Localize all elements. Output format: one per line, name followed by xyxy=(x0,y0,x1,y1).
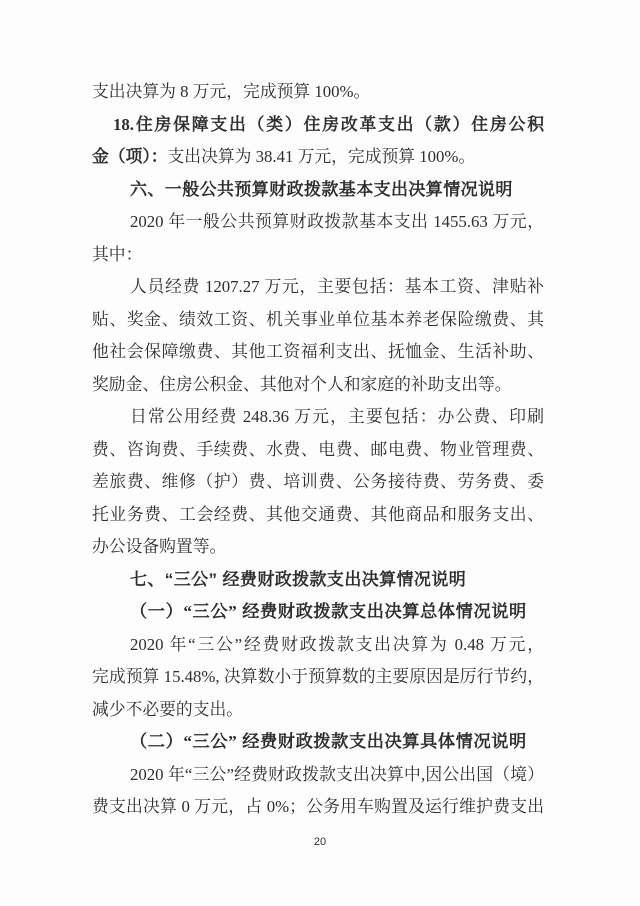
text-segment: （二）“三公” 经费财政拨款支出决算具体情况说明 xyxy=(130,732,527,751)
line-basic-expense-1: 2020 年一般公共预算财政拨款基本支出 1455.63 万元， xyxy=(92,206,544,239)
text-segment: 完成预算 15.48%, 决算数小于预算数的主要原因是厉行节约， xyxy=(92,667,544,686)
line-personnel-funds-4: 奖励金、住房公积金、其他对个人和家庭的补助支出等。 xyxy=(92,369,544,402)
line-daily-public-funds-5: 办公设备购置等。 xyxy=(92,531,544,564)
text-segment: 减少不必要的支出。 xyxy=(92,700,243,719)
heading-section-7-2: （二）“三公” 经费财政拨款支出决算具体情况说明 xyxy=(92,726,544,759)
text-segment: 办公设备购置等。 xyxy=(92,537,226,556)
line-prev-para-continuation: 支出决算为 8 万元，完成预算 100%。 xyxy=(92,76,544,109)
line-daily-public-funds-2: 费、咨询费、手续费、水费、电费、邮电费、物业管理费、 xyxy=(92,434,544,467)
text-segment: 2020 年一般公共预算财政拨款基本支出 1455.63 万元， xyxy=(130,212,544,231)
text-segment: 六、一般公共预算财政拨款基本支出决算情况说明 xyxy=(130,180,513,199)
text-segment: 托业务费、工会经费、其他交通费、其他商品和服务支出、 xyxy=(92,505,544,524)
text-segment: 金（项）： xyxy=(92,147,168,166)
text-segment: （一）“三公” 经费财政拨款支出决算总体情况说明 xyxy=(130,602,527,621)
text-segment: 费支出决算 0 万元，占 0%；公务用车购置及运行维护费支出 xyxy=(92,797,544,816)
line-basic-expense-2: 其中： xyxy=(92,239,544,272)
text-segment: 日常公用经费 248.36 万元，主要包括：办公费、印刷 xyxy=(130,407,544,426)
text-segment: 2020 年“三公”经费财政拨款支出决算中,因公出国（境） xyxy=(130,765,544,784)
line-sangong-detail-2: 费支出决算 0 万元，占 0%；公务用车购置及运行维护费支出 xyxy=(92,791,544,824)
text-segment: 人员经费 1207.27 万元，主要包括：基本工资、津贴补 xyxy=(130,277,544,296)
text-segment: 奖励金、住房公积金、其他对个人和家庭的补助支出等。 xyxy=(92,375,512,394)
text-segment: 贴、奖金、绩效工资、机关事业单位基本养老保险缴费、其 xyxy=(92,310,544,329)
line-sangong-overall-2: 完成预算 15.48%, 决算数小于预算数的主要原因是厉行节约， xyxy=(92,661,544,694)
line-sangong-detail-1: 2020 年“三公”经费财政拨款支出决算中,因公出国（境） xyxy=(92,759,544,792)
line-item18-end: 金（项）：支出决算为 38.41 万元，完成预算 100%。 xyxy=(92,141,544,174)
line-sangong-overall-1: 2020 年“三公”经费财政拨款支出决算为 0.48 万元， xyxy=(92,629,544,662)
text-segment: 支出决算为 38.41 万元，完成预算 100%。 xyxy=(168,147,476,166)
line-personnel-funds-3: 他社会保障缴费、其他工资福利支出、抚恤金、生活补助、 xyxy=(92,336,544,369)
heading-section-7-1: （一）“三公” 经费财政拨款支出决算总体情况说明 xyxy=(92,596,544,629)
heading-section-7: 七、“三公” 经费财政拨款支出决算情况说明 xyxy=(92,564,544,597)
heading-section-6: 六、一般公共预算财政拨款基本支出决算情况说明 xyxy=(92,174,544,207)
line-item18-start: 18.住房保障支出（类）住房改革支出（款）住房公积 xyxy=(92,109,544,142)
text-segment: 支出决算为 8 万元，完成预算 100%。 xyxy=(92,82,370,101)
page-number: 20 xyxy=(0,836,640,854)
text-segment: 七、“三公” 经费财政拨款支出决算情况说明 xyxy=(130,570,466,589)
text-segment: 2020 年“三公”经费财政拨款支出决算为 0.48 万元， xyxy=(130,635,544,654)
text-segment: 他社会保障缴费、其他工资福利支出、抚恤金、生活补助、 xyxy=(92,342,544,361)
line-daily-public-funds-1: 日常公用经费 248.36 万元，主要包括：办公费、印刷 xyxy=(92,401,544,434)
document-content: 支出决算为 8 万元，完成预算 100%。18.住房保障支出（类）住房改革支出（… xyxy=(92,76,544,824)
document-page: 支出决算为 8 万元，完成预算 100%。18.住房保障支出（类）住房改革支出（… xyxy=(0,0,640,906)
line-personnel-funds-2: 贴、奖金、绩效工资、机关事业单位基本养老保险缴费、其 xyxy=(92,304,544,337)
line-sangong-overall-3: 减少不必要的支出。 xyxy=(92,694,544,727)
text-segment: 其中： xyxy=(92,245,142,264)
line-daily-public-funds-3: 差旅费、维修（护）费、培训费、公务接待费、劳务费、委 xyxy=(92,466,544,499)
line-personnel-funds-1: 人员经费 1207.27 万元，主要包括：基本工资、津贴补 xyxy=(92,271,544,304)
line-daily-public-funds-4: 托业务费、工会经费、其他交通费、其他商品和服务支出、 xyxy=(92,499,544,532)
text-segment: 差旅费、维修（护）费、培训费、公务接待费、劳务费、委 xyxy=(92,472,544,491)
text-segment: 18.住房保障支出（类）住房改革支出（款）住房公积 xyxy=(113,115,544,134)
text-segment: 费、咨询费、手续费、水费、电费、邮电费、物业管理费、 xyxy=(92,440,544,459)
